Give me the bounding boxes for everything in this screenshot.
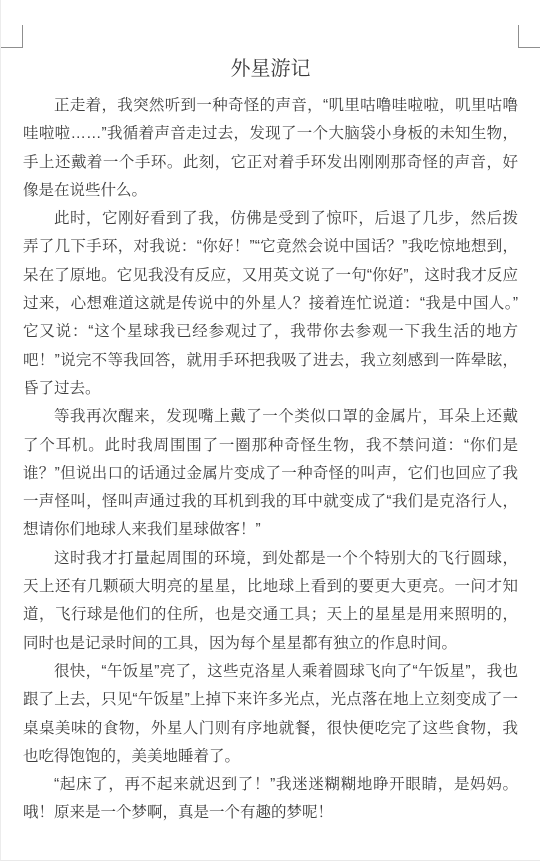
paragraph: 这时我才打量起周围的环境，到处都是一个个特别大的飞行圆球，天上还有几颗硕大明亮的…	[23, 545, 518, 658]
document-body: 正走着，我突然听到一种奇怪的声音，“叽里咕噜哇啦啦，叽里咕噜哇啦啦……”我循着声…	[23, 92, 518, 828]
document-content: 外星游记 正走着，我突然听到一种奇怪的声音，“叽里咕噜哇啦啦，叽里咕噜哇啦啦………	[23, 50, 518, 828]
paragraph: 正走着，我突然听到一种奇怪的声音，“叽里咕噜哇啦啦，叽里咕噜哇啦啦……”我循着声…	[23, 92, 518, 205]
paragraph: “起床了，再不起来就迟到了！”我迷迷糊糊地睁开眼睛，是妈妈。哦！原来是一个梦啊，…	[23, 771, 518, 828]
document-title: 外星游记	[23, 54, 518, 84]
document-page: 外星游记 正走着，我突然听到一种奇怪的声音，“叽里咕噜哇啦啦，叽里咕噜哇啦啦………	[0, 0, 540, 861]
paragraph: 此时，它刚好看到了我，仿佛是受到了惊吓，后退了几步，然后拨弄了几下手环，对我说：…	[23, 205, 518, 403]
paragraph: 等我再次醒来，发现嘴上戴了一个类似口罩的金属片，耳朵上还戴了个耳机。此时我周围围…	[23, 403, 518, 544]
text-boundary-mark-top-left	[1, 25, 23, 48]
paragraph: 很快，“午饭星”亮了，这些克洛星人乘着圆球飞向了“午饭星”，我也跟了上去，只见“…	[23, 658, 518, 771]
text-boundary-mark-top-right	[518, 25, 540, 48]
